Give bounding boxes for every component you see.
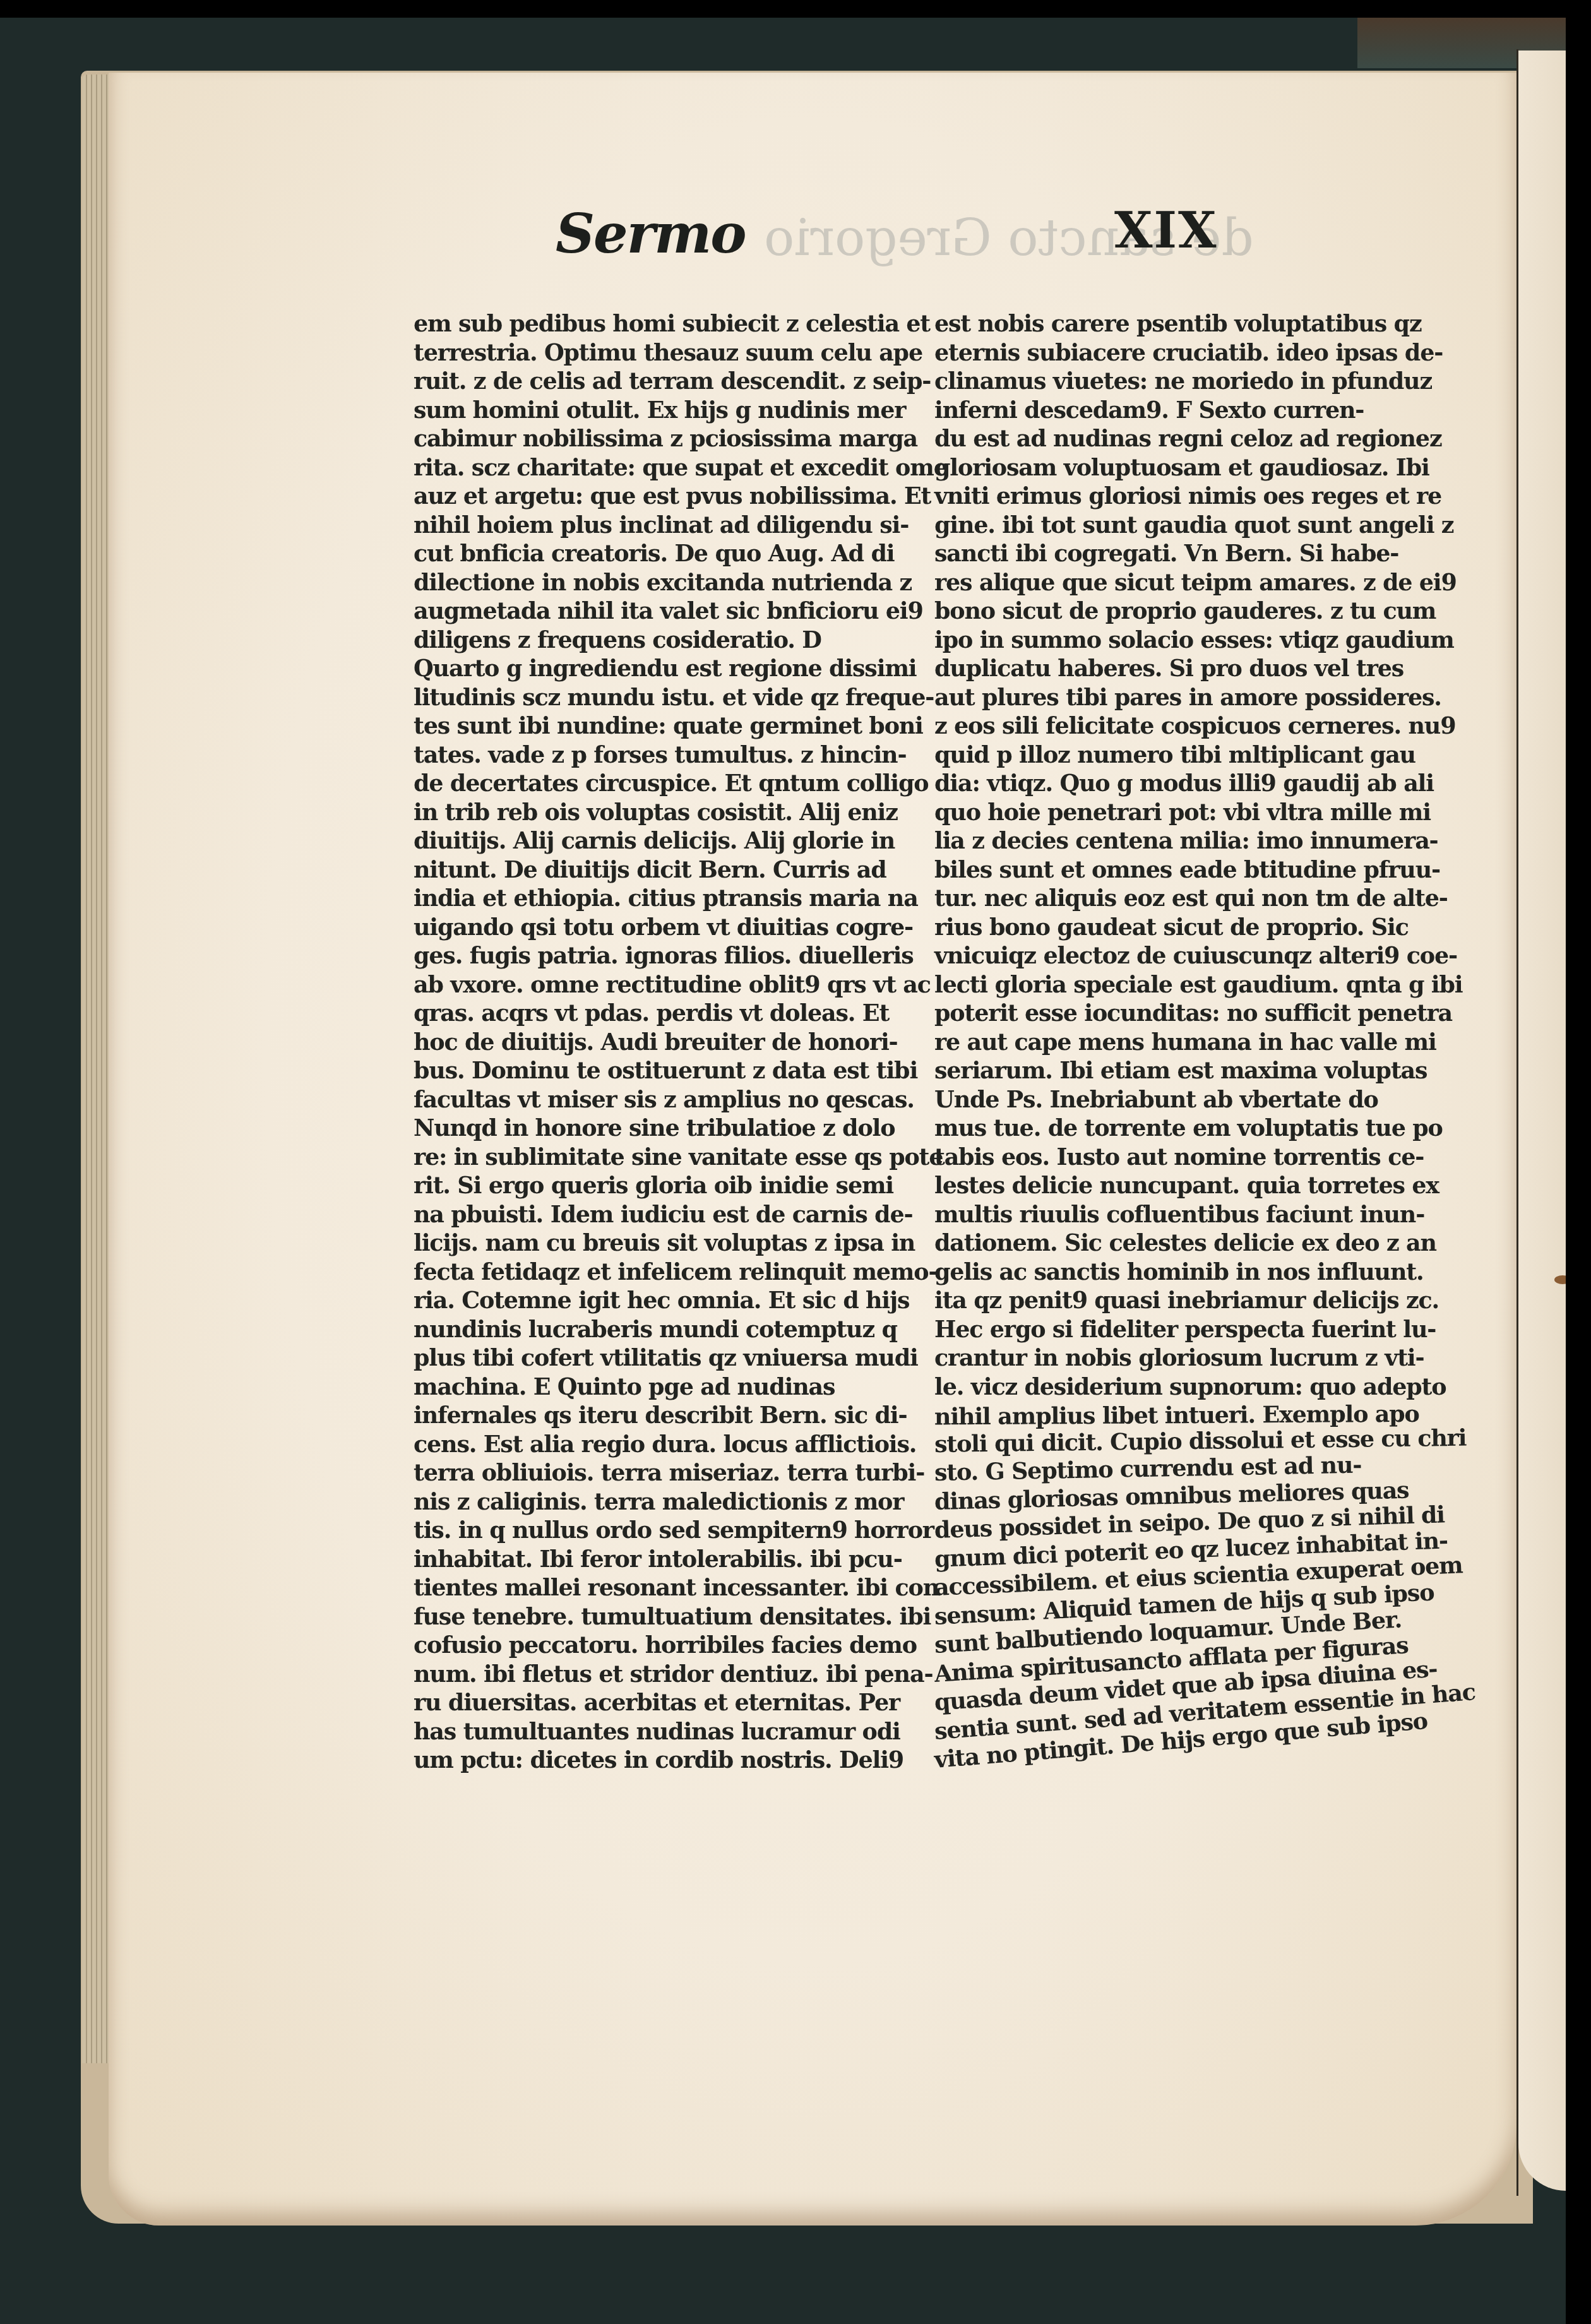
text-line: eternis subiacere cruciatib. ideo ipsas … — [934, 338, 1439, 367]
text-line: gloriosam voluptuosam et gaudiosaz. Ibi — [934, 453, 1439, 482]
text-line: Nunqd in honore sine tribulatioe z dolo — [414, 1114, 938, 1143]
text-line: mus tue. de torrente em voluptatis tue p… — [934, 1114, 1439, 1143]
text-line: aut plures tibi pares in amore possidere… — [934, 683, 1439, 712]
text-line: fecta fetidaqz et infelicem relinquit me… — [414, 1258, 938, 1287]
text-line: machina. E Quinto pge ad nudinas — [414, 1373, 938, 1402]
text-line: lia z decies centena milia: imo innumera… — [934, 826, 1439, 855]
text-line: Hec ergo si fideliter perspecta fuerint … — [934, 1315, 1439, 1344]
text-line: tur. nec aliquis eoz est qui non tm de a… — [934, 884, 1439, 913]
text-line: inhabitat. Ibi feror intolerabilis. ibi … — [414, 1545, 938, 1574]
text-line: litudinis scz mundu istu. et vide qz fre… — [414, 683, 938, 712]
text-line: tabis eos. Iusto aut nomine torrentis ce… — [934, 1143, 1439, 1172]
text-line: Quarto g ingrediendu est regione dissimi — [414, 654, 938, 683]
text-line: facultas vt miser sis z amplius no qesca… — [414, 1085, 938, 1114]
text-line: quo hoie penetrari pot: vbi vltra mille … — [934, 798, 1439, 827]
text-line: est nobis carere psentib voluptatibus qz — [934, 309, 1439, 338]
text-line: dationem. Sic celestes delicie ex deo z … — [934, 1229, 1439, 1258]
text-line: cut bnficia creatoris. De quo Aug. Ad di — [414, 539, 938, 568]
text-line: um pctu: dicetes in cordib nostris. Deli… — [414, 1746, 938, 1775]
text-line: ria. Cotemne igit hec omnia. Et sic d hi… — [414, 1286, 938, 1315]
text-line: dilectione in nobis excitanda nutrienda … — [414, 568, 938, 597]
text-line: ruit. z de celis ad terram descendit. z … — [414, 367, 938, 396]
text-line: tates. vade z p forses tumultus. z hinci… — [414, 741, 938, 770]
text-line: res alique que sicut teipm amares. z de … — [934, 568, 1439, 597]
text-line: vniti erimus gloriosi nimis oes reges et… — [934, 482, 1439, 511]
text-line: vnicuiqz electoz de cuiuscunqz alteri9 c… — [934, 941, 1439, 970]
text-line: biles sunt et omnes eade btitudine pfruu… — [934, 855, 1439, 885]
text-line: inferni descedam9. F Sexto curren- — [934, 396, 1439, 425]
text-line: quid p illoz numero tibi mltiplicant gau — [934, 741, 1439, 770]
text-line: fuse tenebre. tumultuatium densitates. i… — [414, 1602, 938, 1631]
text-line: z eos sili felicitate cospicuos cerneres… — [934, 712, 1439, 741]
text-line: ipo in summo solacio esses: vtiqz gaudiu… — [934, 626, 1439, 655]
text-line: gine. ibi tot sunt gaudia quot sunt ange… — [934, 511, 1439, 540]
text-line: cofusio peccatoru. horribiles facies dem… — [414, 1631, 938, 1660]
text-line: ru diuersitas. acerbitas et eternitas. P… — [414, 1688, 938, 1717]
text-line: tis. in q nullus ordo sed sempitern9 hor… — [414, 1516, 938, 1545]
text-line: na pbuisti. Idem iudiciu est de carnis d… — [414, 1200, 938, 1229]
text-line: ges. fugis patria. ignoras filios. diuel… — [414, 941, 938, 970]
text-line: ab vxore. omne rectitudine oblit9 qrs vt… — [414, 970, 938, 999]
text-line: clinamus viuetes: ne moriedo in pfunduz — [934, 367, 1439, 396]
text-line: em sub pedibus homi subiecit z celestia … — [414, 309, 938, 338]
facing-page-edge — [1518, 51, 1566, 2191]
text-line: tientes mallei resonant incessanter. ibi… — [414, 1573, 938, 1602]
text-line: dia: vtiqz. Quo g modus illi9 gaudij ab … — [934, 769, 1439, 798]
right-text-column: est nobis carere psentib voluptatibus qz… — [934, 309, 1439, 1775]
text-line: terrestria. Optimu thesauz suum celu ape — [414, 338, 938, 367]
text-line: nis z caliginis. terra maledictionis z m… — [414, 1487, 938, 1517]
text-line: re aut cape mens humana in hac valle mi — [934, 1028, 1439, 1057]
text-line: seriarum. Ibi etiam est maxima voluptas — [934, 1056, 1439, 1085]
text-line: le. vicz desiderium supnorum: quo adepto — [934, 1373, 1439, 1402]
text-line: rius bono gaudeat sicut de proprio. Sic — [934, 913, 1439, 942]
text-line: crantur in nobis gloriosum lucrum z vti- — [934, 1344, 1439, 1373]
text-line: terra obliuiois. terra miseriaz. terra t… — [414, 1458, 938, 1487]
text-line: bono sicut de proprio gauderes. z tu cum — [934, 597, 1439, 626]
text-line: rita. scz charitate: que supat et excedi… — [414, 453, 938, 482]
text-line: de decertates circuspice. Et qntum colli… — [414, 769, 938, 798]
text-line: in trib reb ois voluptas cosistit. Alij … — [414, 798, 938, 827]
scan-border-top — [0, 0, 1591, 18]
text-line: Unde Ps. Inebriabunt ab vbertate do — [934, 1085, 1439, 1114]
text-line: rit. Si ergo queris gloria oib inidie se… — [414, 1171, 938, 1200]
scan-border-right — [1566, 0, 1591, 2324]
text-line: ita qz penit9 quasi inebriamur delicijs … — [934, 1286, 1439, 1315]
text-line: qras. acqrs vt pdas. perdis vt doleas. E… — [414, 999, 938, 1028]
text-line: lestes delicie nuncupant. quia torretes … — [934, 1171, 1439, 1200]
text-line: has tumultuantes nudinas lucramur odi — [414, 1717, 938, 1746]
text-line: num. ibi fletus et stridor dentiuz. ibi … — [414, 1660, 938, 1689]
text-line: gelis ac sanctis hominib in nos influunt… — [934, 1258, 1439, 1287]
page-edges — [82, 74, 109, 2063]
text-line: sum homini otulit. Ex hijs g nudinis mer — [414, 396, 938, 425]
text-line: duplicatu haberes. Si pro duos vel tres — [934, 654, 1439, 683]
text-line: infernales qs iteru describit Bern. sic … — [414, 1401, 938, 1430]
text-line: re: in sublimitate sine vanitate esse qs… — [414, 1143, 938, 1172]
text-line: hoc de diuitijs. Audi breuiter de honori… — [414, 1028, 938, 1057]
text-line: poterit esse iocunditas: no sufficit pen… — [934, 999, 1439, 1028]
text-line: sancti ibi cogregati. Vn Bern. Si habe- — [934, 539, 1439, 568]
running-head-title: Sermo — [556, 202, 746, 266]
text-line: diligens z frequens cosideratio. D — [414, 626, 938, 655]
folio-number: XIX — [1114, 202, 1218, 259]
left-text-column: em sub pedibus homi subiecit z celestia … — [414, 309, 938, 1775]
text-line: multis riuulis cofluentibus faciunt inun… — [934, 1200, 1439, 1229]
text-line: bus. Dominu te ostituerunt z data est ti… — [414, 1056, 938, 1085]
text-line: nitunt. De diuitijs dicit Bern. Curris a… — [414, 855, 938, 885]
text-line: uigando qsi totu orbem vt diuitias cogre… — [414, 913, 938, 942]
text-line: plus tibi cofert vtilitatis qz vniuersa … — [414, 1344, 938, 1373]
text-line: cabimur nobilissima z pciosissima marga — [414, 424, 938, 453]
text-line: augmetada nihil ita valet sic bnficioru … — [414, 597, 938, 626]
text-line: lecti gloria speciale est gaudium. qnta … — [934, 970, 1439, 999]
text-line: auz et argetu: que est pvus nobilissima.… — [414, 482, 938, 511]
text-line: cens. Est alia regio dura. locus afflict… — [414, 1430, 938, 1459]
text-line: du est ad nudinas regni celoz ad regione… — [934, 424, 1439, 453]
text-line: licijs. nam cu breuis sit voluptas z ips… — [414, 1229, 938, 1258]
text-line: tes sunt ibi nundine: quate germinet bon… — [414, 712, 938, 741]
text-line: nundinis lucraberis mundi cotemptuz q — [414, 1315, 938, 1344]
text-line: india et ethiopia. citius ptransis maria… — [414, 884, 938, 913]
text-line: diuitijs. Alij carnis delicijs. Alij glo… — [414, 826, 938, 855]
text-line: nihil hoiem plus inclinat ad diligendu s… — [414, 511, 938, 540]
